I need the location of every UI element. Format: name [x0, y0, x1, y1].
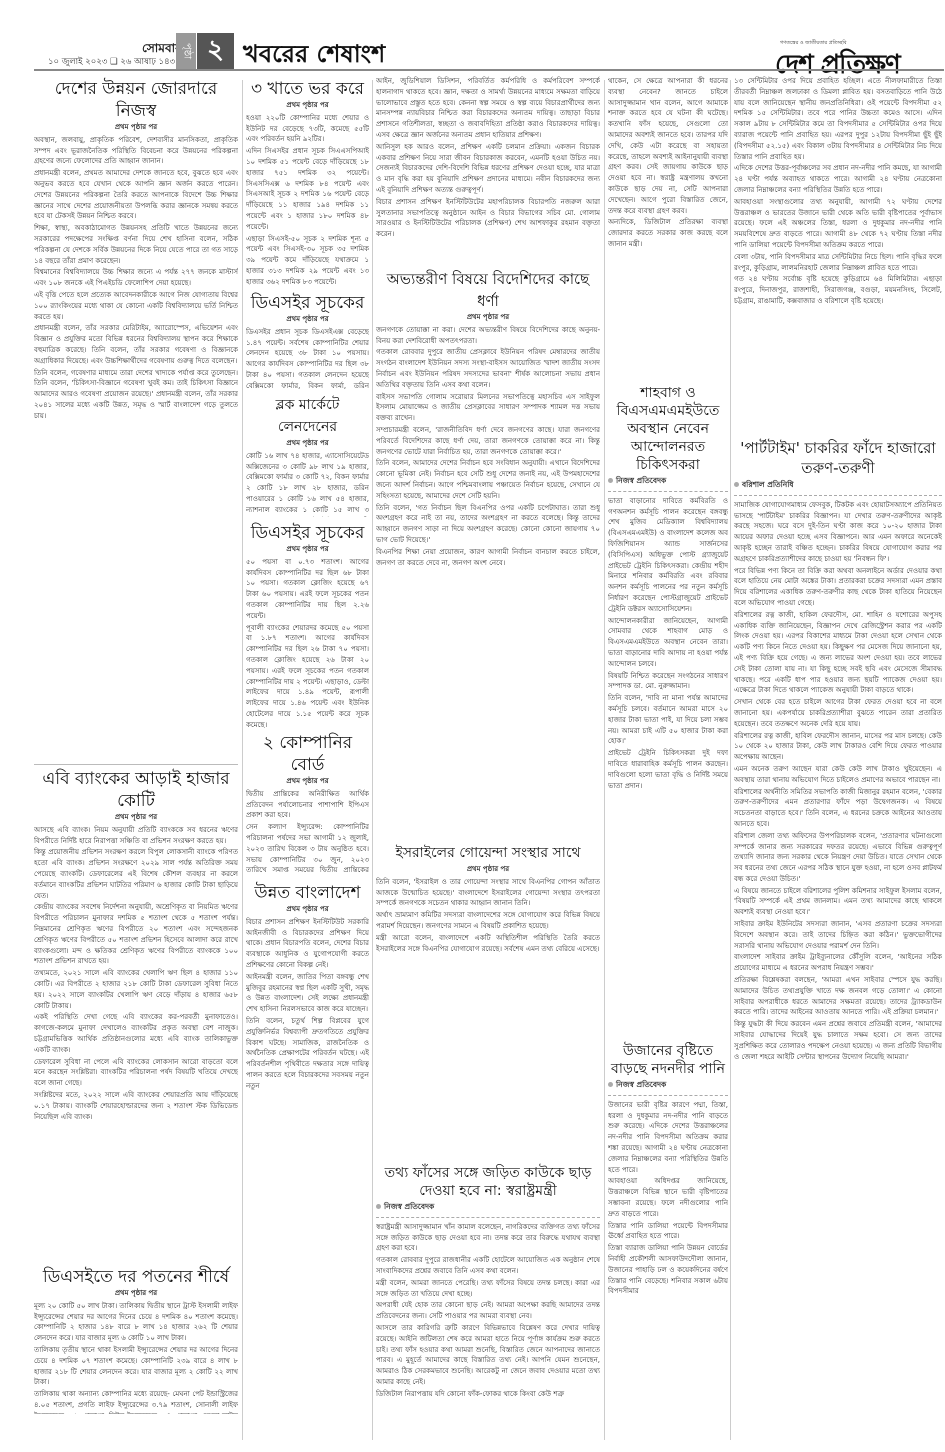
paragraph: আনিসুল হক আরও বলেন, প্রশিক্ষণ একটি চলমান…: [376, 142, 600, 196]
paragraph: বিএনপির শিক্ষা নেয়া প্রয়োজন, কারণ আগাম…: [376, 547, 600, 569]
paragraph: সাইবার ক্রাইম ইউনিটের সদস্যরা জানান, 'এস…: [734, 919, 942, 951]
continued-label: প্রথম পৃষ্ঠার পর: [246, 314, 369, 325]
headline: ৩ খাতে ভর করে: [246, 78, 369, 100]
paragraph: গতকাল রোববার দুপুরে রাজধানীর একটি হোটেলে…: [376, 1255, 600, 1277]
article-dse-suchok-2: ডিএসইর সূচকের প্রথম পৃষ্ঠার পর ৫০ পয়সা …: [246, 520, 369, 730]
paragraph: বিচার প্রশাসন প্রশিক্ষণ ইনস্টিটিউট সরকার…: [246, 917, 369, 971]
headline: তথ্য ফাঁসের সঙ্গে জড়িত কাউকে ছাড় দেওয়…: [376, 1164, 600, 1200]
byline: নিজস্ব প্রতিবেদক: [608, 1078, 728, 1096]
article-obhyantorin-bishoy: অভ্যন্তরীণ বিষয়ে বিদেশিদের কাছে ধর্ণা প…: [376, 266, 600, 618]
headline: উন্নত বাংলাদেশ: [246, 882, 369, 904]
continued-label: প্রথম পৃষ্ঠার পর: [246, 438, 369, 449]
paragraph: গতকাল রোববার দুপুরে জাতীয় প্রেসক্লাবে ই…: [376, 347, 600, 390]
paragraph: অবস্থান, জলবায়ু, প্রাকৃতিক পরিবেশ, দেশব…: [34, 135, 238, 167]
paragraph: তালিকায় থাকা অন্যান্য কোম্পানির মধ্যে র…: [34, 1389, 238, 1414]
section-divider: [34, 764, 238, 765]
masthead: সোমবার ১০ জুলাই ২০২৩ ❑ ২৬ আষাঢ় ১৪৩০ পৃষ…: [0, 0, 945, 55]
headline: ডিএসইর সূচকের: [246, 292, 369, 314]
bullet-icon: [608, 478, 613, 483]
article-israel-goenda: ইসরাইলের গোয়েন্দা সংস্থার সাথে প্রথম পৃ…: [376, 840, 600, 1162]
article-2-company-board: ২ কোম্পানির বোর্ড প্রথম পৃষ্ঠার পর দ্বিত…: [246, 730, 369, 876]
paragraph: কিন্তু প্রয়োজনীয় প্রভিশন সংরক্ষণ করলে …: [34, 847, 238, 901]
column-divider: [242, 80, 243, 1440]
paragraph: সংশ্লিষ্টদের মতে, ২০২২ সালে এবি ব্যাংকের…: [34, 1090, 238, 1122]
paragraph: অর্থাৎ ভ্রাম্যমাণ কমিটির সদস্যরা বাংলাদে…: [376, 910, 600, 932]
article-ujaner-brishti: উজানের বৃষ্টিতে বাড়ছে নদনদীর পানি নিজস্…: [608, 1040, 728, 1420]
paragraph: তিনি বলেন, 'দাবি না মানা পর্যন্ত আমাদের …: [608, 693, 728, 747]
continued-label: প্রথম পৃষ্ঠার পর: [34, 812, 238, 823]
column-divider: [372, 80, 373, 1440]
paragraph: থাকেন, সে ক্ষেত্রে আপনারা কী ধরনের ব্যবস…: [608, 76, 728, 216]
paragraph: বরিশালের রত্ন কাজী, হাকিল ফেরদৌস, মো. শা…: [734, 610, 942, 696]
continued-label: প্রথম পৃষ্ঠার পর: [246, 904, 369, 915]
paragraph: ভাতা বাড়ানোর দাবিতে কর্মবিরতি ও গণঅনশন …: [608, 496, 728, 615]
continued-label: প্রথম পৃষ্ঠার পর: [376, 312, 600, 323]
paragraph: তিনি বলেন, আমাদের দেশের নির্বাচন হবে সংব…: [376, 458, 600, 501]
paragraph: মন্ত্রী বলেন, আমরা জানতে পেরেছি। তথ্য ফা…: [376, 1278, 600, 1300]
article-desher-unnoyon: দেশের উন্নয়ন জোরদারে নিজস্ব প্রথম পৃষ্ঠ…: [34, 76, 238, 621]
paragraph: সামাজিক যোগাযোগমাধ্যম ফেসবুক, টিকটক এবং …: [734, 500, 942, 565]
paragraph: প্রধানমন্ত্রী বলেন, তাঁর সরকার মেরিটাইম,…: [34, 323, 238, 366]
paragraph: গত ২৪ ঘণ্টায় সর্বোচ্চ বৃষ্টি হয়েছে কুড…: [734, 274, 942, 306]
paragraph: সম্প্রচারমন্ত্রী বলেন, 'রাজনীতিবিদ ধর্ণা…: [376, 425, 600, 457]
article-block-market: ব্লক মার্কেটে লেনদেনের প্রথম পৃষ্ঠার পর …: [246, 392, 369, 517]
paragraph: তিনি বলেন, 'গত নির্বাচন ছিল বিএনপির ওপর …: [376, 503, 600, 546]
paragraph: আসছে এবি ব্যাংক। নিয়ম অনুযায়ী প্রতিটি …: [34, 825, 238, 847]
paragraph: সেখান থেকে বের হতে চাইলে আগের টাকা ফেরত …: [734, 697, 942, 729]
byline: নিজস্ব প্রতিবেদক: [376, 1200, 600, 1218]
article-dse-suchok-1: ডিএসইর সূচকের প্রথম পৃষ্ঠার পর ডিএসইর প্…: [246, 290, 369, 390]
paragraph: তথ্যমতে, ২০২১ সালে এবি ব্যাংকের খেলাপি ঋ…: [34, 968, 238, 1011]
paragraph: জনগণকে তোয়াক্কা না করা। দেশের অভ্যন্তরী…: [376, 325, 600, 347]
paragraph: একই পরিস্থিতি দেখা গেছে এবি ব্যাংকের কর-…: [34, 1012, 238, 1055]
headline: অভ্যন্তরীণ বিষয়ে বিদেশিদের কাছে ধর্ণা: [376, 268, 600, 312]
paragraph: অপরাধী যেই হোক তার কোনো ছাড় নেই। আমরা অ…: [376, 1300, 600, 1322]
page-number: ২: [197, 33, 234, 69]
bullet-icon: [376, 1204, 381, 1209]
paragraph: অন্যদিকে, ডিজিটাল প্রতিরক্ষা ব্যবস্থা জো…: [608, 217, 728, 249]
paragraph: এদিন সিএসইর প্রধান সূচক সিএএসপিআই ১০ দশম…: [246, 146, 369, 232]
paragraph: বেলা ৩টায়, পানি বিপদসীমার মাত্র সেন্টিম…: [734, 252, 942, 274]
masthead-rule: [34, 69, 944, 71]
article-tista-water: ১৩ সেন্টিমিটার ওপর দিয়ে প্রবাহিত হচ্ছিল…: [734, 76, 942, 432]
paragraph: এমন অনেক তরুণ আছেন যারা কেউ কেউ লাখ টাকা…: [734, 764, 942, 786]
continued-label: প্রথম পৃষ্ঠার পর: [376, 864, 600, 875]
paragraph: বিশ্বমানের বিশ্ববিদ্যালয়ে উচ্চ শিক্ষার …: [34, 267, 238, 289]
byline-text: নিজস্ব প্রতিবেদক: [616, 1080, 666, 1089]
continued-label: প্রথম পৃষ্ঠার পর: [246, 100, 369, 111]
paragraph: উজানের ভারী বৃষ্টির কারণে পদ্মা, তিস্তা,…: [608, 1100, 728, 1176]
paragraph: আবহাওয়া অধিদপ্তর জানিয়েছে, উত্তরাঞ্চলে…: [608, 1176, 728, 1219]
paragraph: হওয়া ২২০টি কোম্পানির মধ্যে শেয়ার ও ইউন…: [246, 113, 369, 145]
paragraph: তিস্তা ব্যারাজ ডালিয়া পানি উন্নয়ন বোর্…: [608, 1243, 728, 1297]
byline: নিজস্ব প্রতিবেদক: [608, 474, 728, 492]
paragraph: মূল্য ২০ কোটি ৫০ লাখ টাকা। তালিকায় দ্বি…: [34, 1301, 238, 1344]
paragraph: ডিএসইর প্রধান সূচক ডিএসইএক্স বেড়েছে ১.৪…: [246, 327, 369, 390]
paragraph: এ বিষয়ে জানতে চাইলে বরিশালের পুলিশ কমিশ…: [734, 886, 942, 918]
article-shahbag-doctors: শাহবাগ ও বিএসএমএমইউতে অবস্থান নেবেন আন্দ…: [608, 382, 728, 937]
paragraph: কেন্দ্রীয় ব্যাংকের সবশেষ নির্দেশনা অনুয…: [34, 902, 238, 967]
paragraph: ১৩ সেন্টিমিটার ওপর দিয়ে প্রবাহিত হচ্ছিল…: [734, 76, 942, 162]
byline-text: নিজস্ব প্রতিবেদক: [616, 476, 666, 485]
paragraph: বরিশালের অর্থনীতি সমিতির সভাপতি কাজী মিজ…: [734, 787, 942, 830]
paragraph: মন্ত্রী আরো বলেন, বাংলাদেশে একটি অস্থিতি…: [376, 933, 600, 955]
article-bichar-proshikkhon: আইন, জুডিশিয়াল ডিসিশন, পরিবর্তিত কর্মপর…: [376, 76, 600, 266]
continued-label: প্রথম পৃষ্ঠার পর: [246, 776, 369, 787]
paragraph: প্রাইভেট ট্রেইনি চিকিৎসকরা দুই দফা দাবিত…: [608, 748, 728, 791]
bullet-icon: [608, 1082, 613, 1087]
paragraph: আইন, জুডিশিয়াল ডিসিশন, পরিবর্তিত কর্মপর…: [376, 76, 600, 141]
column-divider: [604, 80, 605, 1440]
paragraph: তিনি বলেন, 'ইসরাইল ও তার গোয়েন্দা সংস্থ…: [376, 877, 600, 909]
headline: উজানের বৃষ্টিতে বাড়ছে নদনদীর পানি: [608, 1042, 728, 1078]
paragraph: তিনি বলেন, চতুর্থ শিল্প বিপ্লবের যুগে প্…: [246, 1016, 369, 1092]
paragraph: প্রতিরক্ষা বিশ্লেষকরা বলছেন, 'আমরা এখন স…: [734, 975, 942, 1018]
paragraph: ডেফারেল সুবিধা না পেলে এবি ব্যাংকের লোকস…: [34, 1057, 238, 1089]
headline: ব্লক মার্কেটে লেনদেনের: [246, 394, 369, 438]
paragraph: আন্দোলনকারীরা জানিয়েছেন, আগামী সোমবার থ…: [608, 616, 728, 670]
paragraph: তালিকায় তৃতীয় স্থানে থাকা ইসলামী ইন্স্…: [34, 1345, 238, 1388]
paragraph: ৫০ পয়সা বা ০.৭৩ শতাংশ। আগের কার্যদিবস ক…: [246, 557, 369, 622]
paragraph: প্রধানমন্ত্রী বলেন, প্রথমত আমাদের দেশকে …: [34, 168, 238, 222]
continued-label: প্রথম পৃষ্ঠার পর: [34, 1288, 238, 1299]
page-label: পৃষ্ঠা: [176, 33, 196, 69]
paragraph: কোটি ১৬ লাখ ৭৪ হাজার, এ্যাসোসিয়েটেড অক্…: [246, 451, 369, 517]
headline: ডিএসইতে দর পতনের শীর্ষে: [34, 1266, 238, 1288]
article-ab-bank: এবি ব্যাংকের আড়াই হাজার কোটি প্রথম পৃষ্…: [34, 766, 238, 1261]
headline: 'পার্টটাইম' চাকরির ফাঁদে হাজারো তরুণ-তরু…: [734, 438, 942, 478]
paragraph: বিচার প্রশাসন প্রশিক্ষণ ইনস্টিটিউটের মহা…: [376, 197, 600, 240]
paragraph: আসলে তার কারিগরি ত্রুটি কারণে বিভিন্নভাব…: [376, 1323, 600, 1388]
paragraph: দ্বিতীয় প্রান্তিকের অনিরীক্ষিত আর্থিক প…: [246, 789, 369, 821]
article-unnoto-bangladesh: উন্নত বাংলাদেশ প্রথম পৃষ্ঠার পর বিচার প্…: [246, 880, 369, 1420]
paragraph: স্বরাষ্ট্রমন্ত্রী আসাদুজ্জামান খাঁন কামা…: [376, 1222, 600, 1254]
paragraph: বাইসস সভাপতি গোলাম সরোয়ার মিলনের সভাপতি…: [376, 392, 600, 424]
headline: ইসরাইলের গোয়েন্দা সংস্থার সাথে: [376, 842, 600, 864]
continued-label: প্রথম পৃষ্ঠার পর: [34, 122, 238, 133]
article-dse-dor-poton: ডিএসইতে দর পতনের শীর্ষে প্রথম পৃষ্ঠার পর…: [34, 1264, 238, 1414]
paragraph: এই বৃত্তি পেতে হলে প্রত্যেক আবেদনকারীকে …: [34, 290, 238, 322]
paragraph: এছাড়া সিএসই-৫০ সূচক ২ দশমিক শূন্য ৫ পয়…: [246, 234, 369, 288]
paragraph: বিষয়টি নিশ্চিত করেছেন সংগঠনের সাধারণ সম…: [608, 671, 728, 693]
bullet-icon: [734, 482, 739, 487]
paragraph: বাংলাদেশ সাইবার ক্রাইম ট্রাইব্যুনালের কৌ…: [734, 952, 942, 974]
article-tottho-fas-cont: থাকেন, সে ক্ষেত্রে আপনারা কী ধরনের ব্যবস…: [608, 76, 728, 381]
headline: ডিএসইর সূচকের: [246, 522, 369, 544]
paragraph: সেন কল্যাণ ইন্স্যুরেন্স: কোম্পানিটির পরি…: [246, 822, 369, 876]
headline: দেশের উন্নয়ন জোরদারে নিজস্ব: [34, 78, 238, 122]
headline: ২ কোম্পানির বোর্ড: [246, 732, 369, 776]
paragraph: কিন্তু যুদ্ধটা কী দিয়ে করবেন এমন প্রশ্ন…: [734, 1019, 942, 1062]
paragraph: পূবালী ব্যাংকের শেয়ারদর কমেছে ৫০ পয়সা …: [246, 623, 369, 730]
byline: বরিশাল প্রতিনিধি: [734, 478, 942, 496]
paragraph: বরিশালের রত্ন কাজী, হাবিল ফেরদৌস জানান, …: [734, 731, 942, 763]
article-3-khate: ৩ খাতে ভর করে প্রথম পৃষ্ঠার পর হওয়া ২২০…: [246, 76, 369, 288]
paragraph: তিস্তার পানি ডালিয়া পয়েন্টে বিপদসীমার …: [608, 1221, 728, 1243]
column-divider: [730, 80, 731, 1440]
paragraph: পরে বিভিন্ন পণ্য কিনে তা বিক্রি করা অথবা…: [734, 566, 942, 609]
byline-text: নিজস্ব প্রতিবেদক: [384, 1202, 434, 1211]
paragraph: তিনি বলেন, গবেষণার মাধ্যমে তারা দেশের খা…: [34, 368, 238, 422]
continued-label: প্রথম পৃষ্ঠার পর: [246, 544, 369, 555]
paragraph: আবহাওয়া সংস্থাগুলোর তথ্য অনুযায়ী, আগাম…: [734, 197, 942, 251]
paragraph: এদিকে দেশের উত্তর-পূর্বাঞ্চলের সব প্রধান…: [734, 163, 942, 195]
headline: এবি ব্যাংকের আড়াই হাজার কোটি: [34, 768, 238, 812]
paragraph: শিক্ষা, স্বাস্থ্য, অবকাঠামোগত উন্নয়নসহ …: [34, 223, 238, 266]
paragraph: ডিজিটাল নিরাপত্তায় যদি কোনো ফাঁক-ফোকর থ…: [376, 1389, 600, 1400]
article-parttime-job: 'পার্টটাইম' চাকরির ফাঁদে হাজারো তরুণ-তরু…: [734, 436, 942, 1426]
headline: শাহবাগ ও বিএসএমএমইউতে অবস্থান নেবেন আন্দ…: [608, 384, 728, 474]
article-tottho-fas: তথ্য ফাঁসের সঙ্গে জড়িত কাউকে ছাড় দেওয়…: [376, 1162, 600, 1422]
masthead-date: ১০ জুলাই ২০২৩ ❑ ২৬ আষাঢ় ১৪৩০: [48, 55, 181, 69]
paragraph: বরিশাল জেলা তথ্য অফিসের উপপরিচালক বলেন, …: [734, 831, 942, 885]
byline-text: বরিশাল প্রতিনিধি: [742, 480, 794, 489]
paragraph: আইনমন্ত্রী বলেন, জাতির পিতা বঙ্গবন্ধু শে…: [246, 972, 369, 1015]
